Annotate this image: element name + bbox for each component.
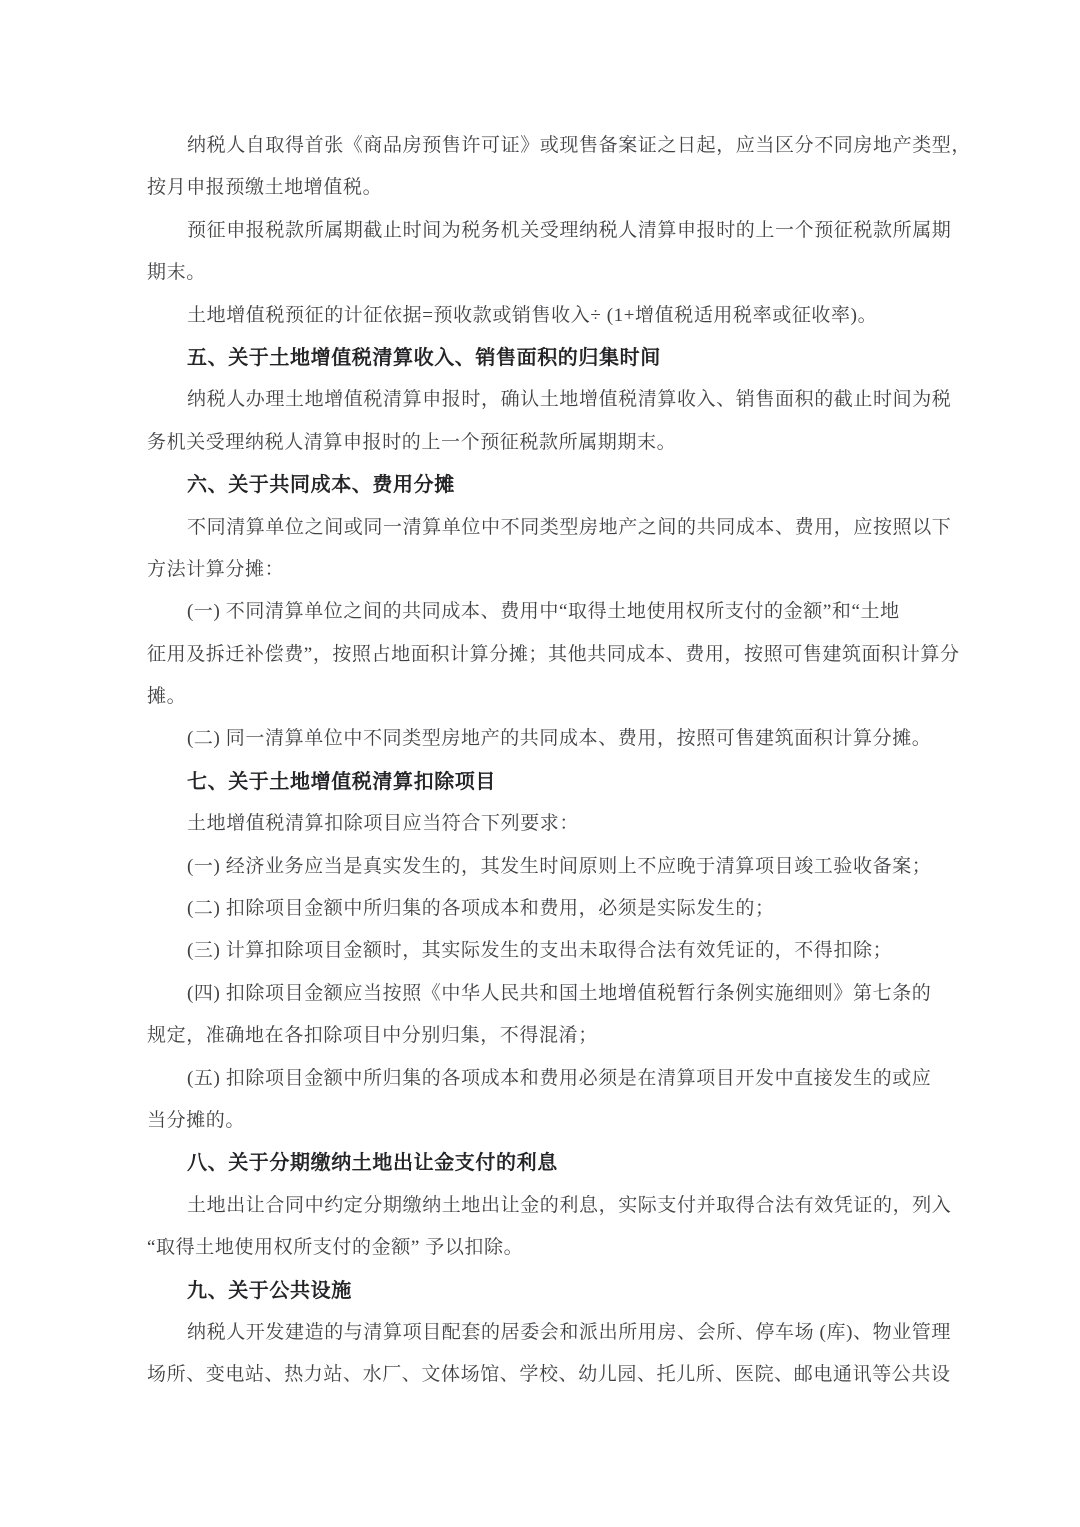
text-line: 纳税人办理土地增值税清算申报时，确认土地增值税清算收入、销售面积的截止时间为税 xyxy=(147,379,955,421)
text-line: 土地增值税预征的计征依据=预收款或销售收入÷ (1+增值税适用税率或征收率)。 xyxy=(147,295,955,337)
text-line: (四) 扣除项目金额应当按照《中华人民共和国土地增值税暂行条例实施细则》第七条的 xyxy=(147,973,955,1015)
text-line: 期末。 xyxy=(147,252,955,294)
text-line: 场所、变电站、热力站、水厂、文体场馆、学校、幼儿园、托儿所、医院、邮电通讯等公共… xyxy=(147,1354,955,1396)
section-heading: 六、关于共同成本、费用分摊 xyxy=(147,464,955,506)
text-line: 务机关受理纳税人清算申报时的上一个预征税款所属期期末。 xyxy=(147,422,955,464)
document-body: 纳税人自取得首张《商品房预售许可证》或现售备案证之日起，应当区分不同房地产类型，… xyxy=(147,125,955,1397)
section-heading: 七、关于土地增值税清算扣除项目 xyxy=(147,761,955,803)
text-line: (三) 计算扣除项目金额时，其实际发生的支出未取得合法有效凭证的，不得扣除； xyxy=(147,930,955,972)
text-line: 土地增值税清算扣除项目应当符合下列要求： xyxy=(147,803,955,845)
text-line: 纳税人开发建造的与清算项目配套的居委会和派出所用房、会所、停车场 (库)、物业管… xyxy=(147,1312,955,1354)
text-line: (二) 同一清算单位中不同类型房地产的共同成本、费用，按照可售建筑面积计算分摊。 xyxy=(147,718,955,760)
text-line: 方法计算分摊： xyxy=(147,549,955,591)
text-line: (五) 扣除项目金额中所归集的各项成本和费用必须是在清算项目开发中直接发生的或应 xyxy=(147,1058,955,1100)
text-line: 土地出让合同中约定分期缴纳土地出让金的利息，实际支付并取得合法有效凭证的，列入 xyxy=(147,1185,955,1227)
text-line: 不同清算单位之间或同一清算单位中不同类型房地产之间的共同成本、费用，应按照以下 xyxy=(147,507,955,549)
text-line: 当分摊的。 xyxy=(147,1100,955,1142)
section-heading: 五、关于土地增值税清算收入、销售面积的归集时间 xyxy=(147,337,955,379)
text-line: 预征申报税款所属期截止时间为税务机关受理纳税人清算申报时的上一个预征税款所属期 xyxy=(147,210,955,252)
text-line: 规定，准确地在各扣除项目中分别归集，不得混淆； xyxy=(147,1015,955,1057)
text-line: “取得土地使用权所支付的金额” 予以扣除。 xyxy=(147,1227,955,1269)
section-heading: 八、关于分期缴纳土地出让金支付的利息 xyxy=(147,1142,955,1184)
text-line: 征用及拆迁补偿费”，按照占地面积计算分摊；其他共同成本、费用，按照可售建筑面积计… xyxy=(147,634,955,676)
text-line: (二) 扣除项目金额中所归集的各项成本和费用，必须是实际发生的； xyxy=(147,888,955,930)
text-line: (一) 不同清算单位之间的共同成本、费用中“取得土地使用权所支付的金额”和“土地 xyxy=(147,591,955,633)
section-heading: 九、关于公共设施 xyxy=(147,1270,955,1312)
text-line: 纳税人自取得首张《商品房预售许可证》或现售备案证之日起，应当区分不同房地产类型， xyxy=(147,125,955,167)
document-page: 纳税人自取得首张《商品房预售许可证》或现售备案证之日起，应当区分不同房地产类型，… xyxy=(0,0,1080,1527)
text-line: (一) 经济业务应当是真实发生的，其发生时间原则上不应晚于清算项目竣工验收备案； xyxy=(147,846,955,888)
text-line: 按月申报预缴土地增值税。 xyxy=(147,167,955,209)
text-line: 摊。 xyxy=(147,676,955,718)
